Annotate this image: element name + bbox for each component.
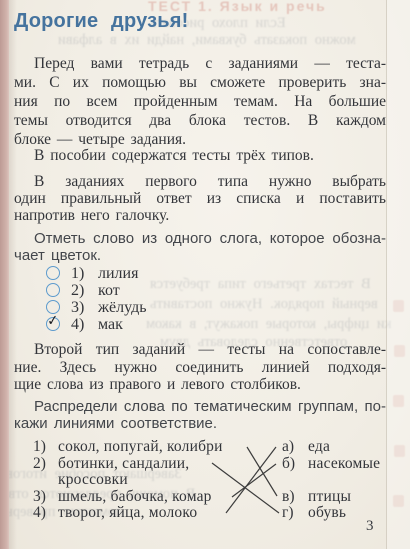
match-line-4-to-a[interactable]: [226, 447, 276, 513]
match-lines: [0, 0, 410, 549]
match-line-1-to-v[interactable]: [247, 447, 277, 496]
match-line-3-to-b[interactable]: [232, 464, 276, 497]
workbook-page: ТЕСТ 1. Язык и речь Если плохо рисовать …: [0, 0, 410, 549]
page-number: 3: [366, 518, 374, 535]
